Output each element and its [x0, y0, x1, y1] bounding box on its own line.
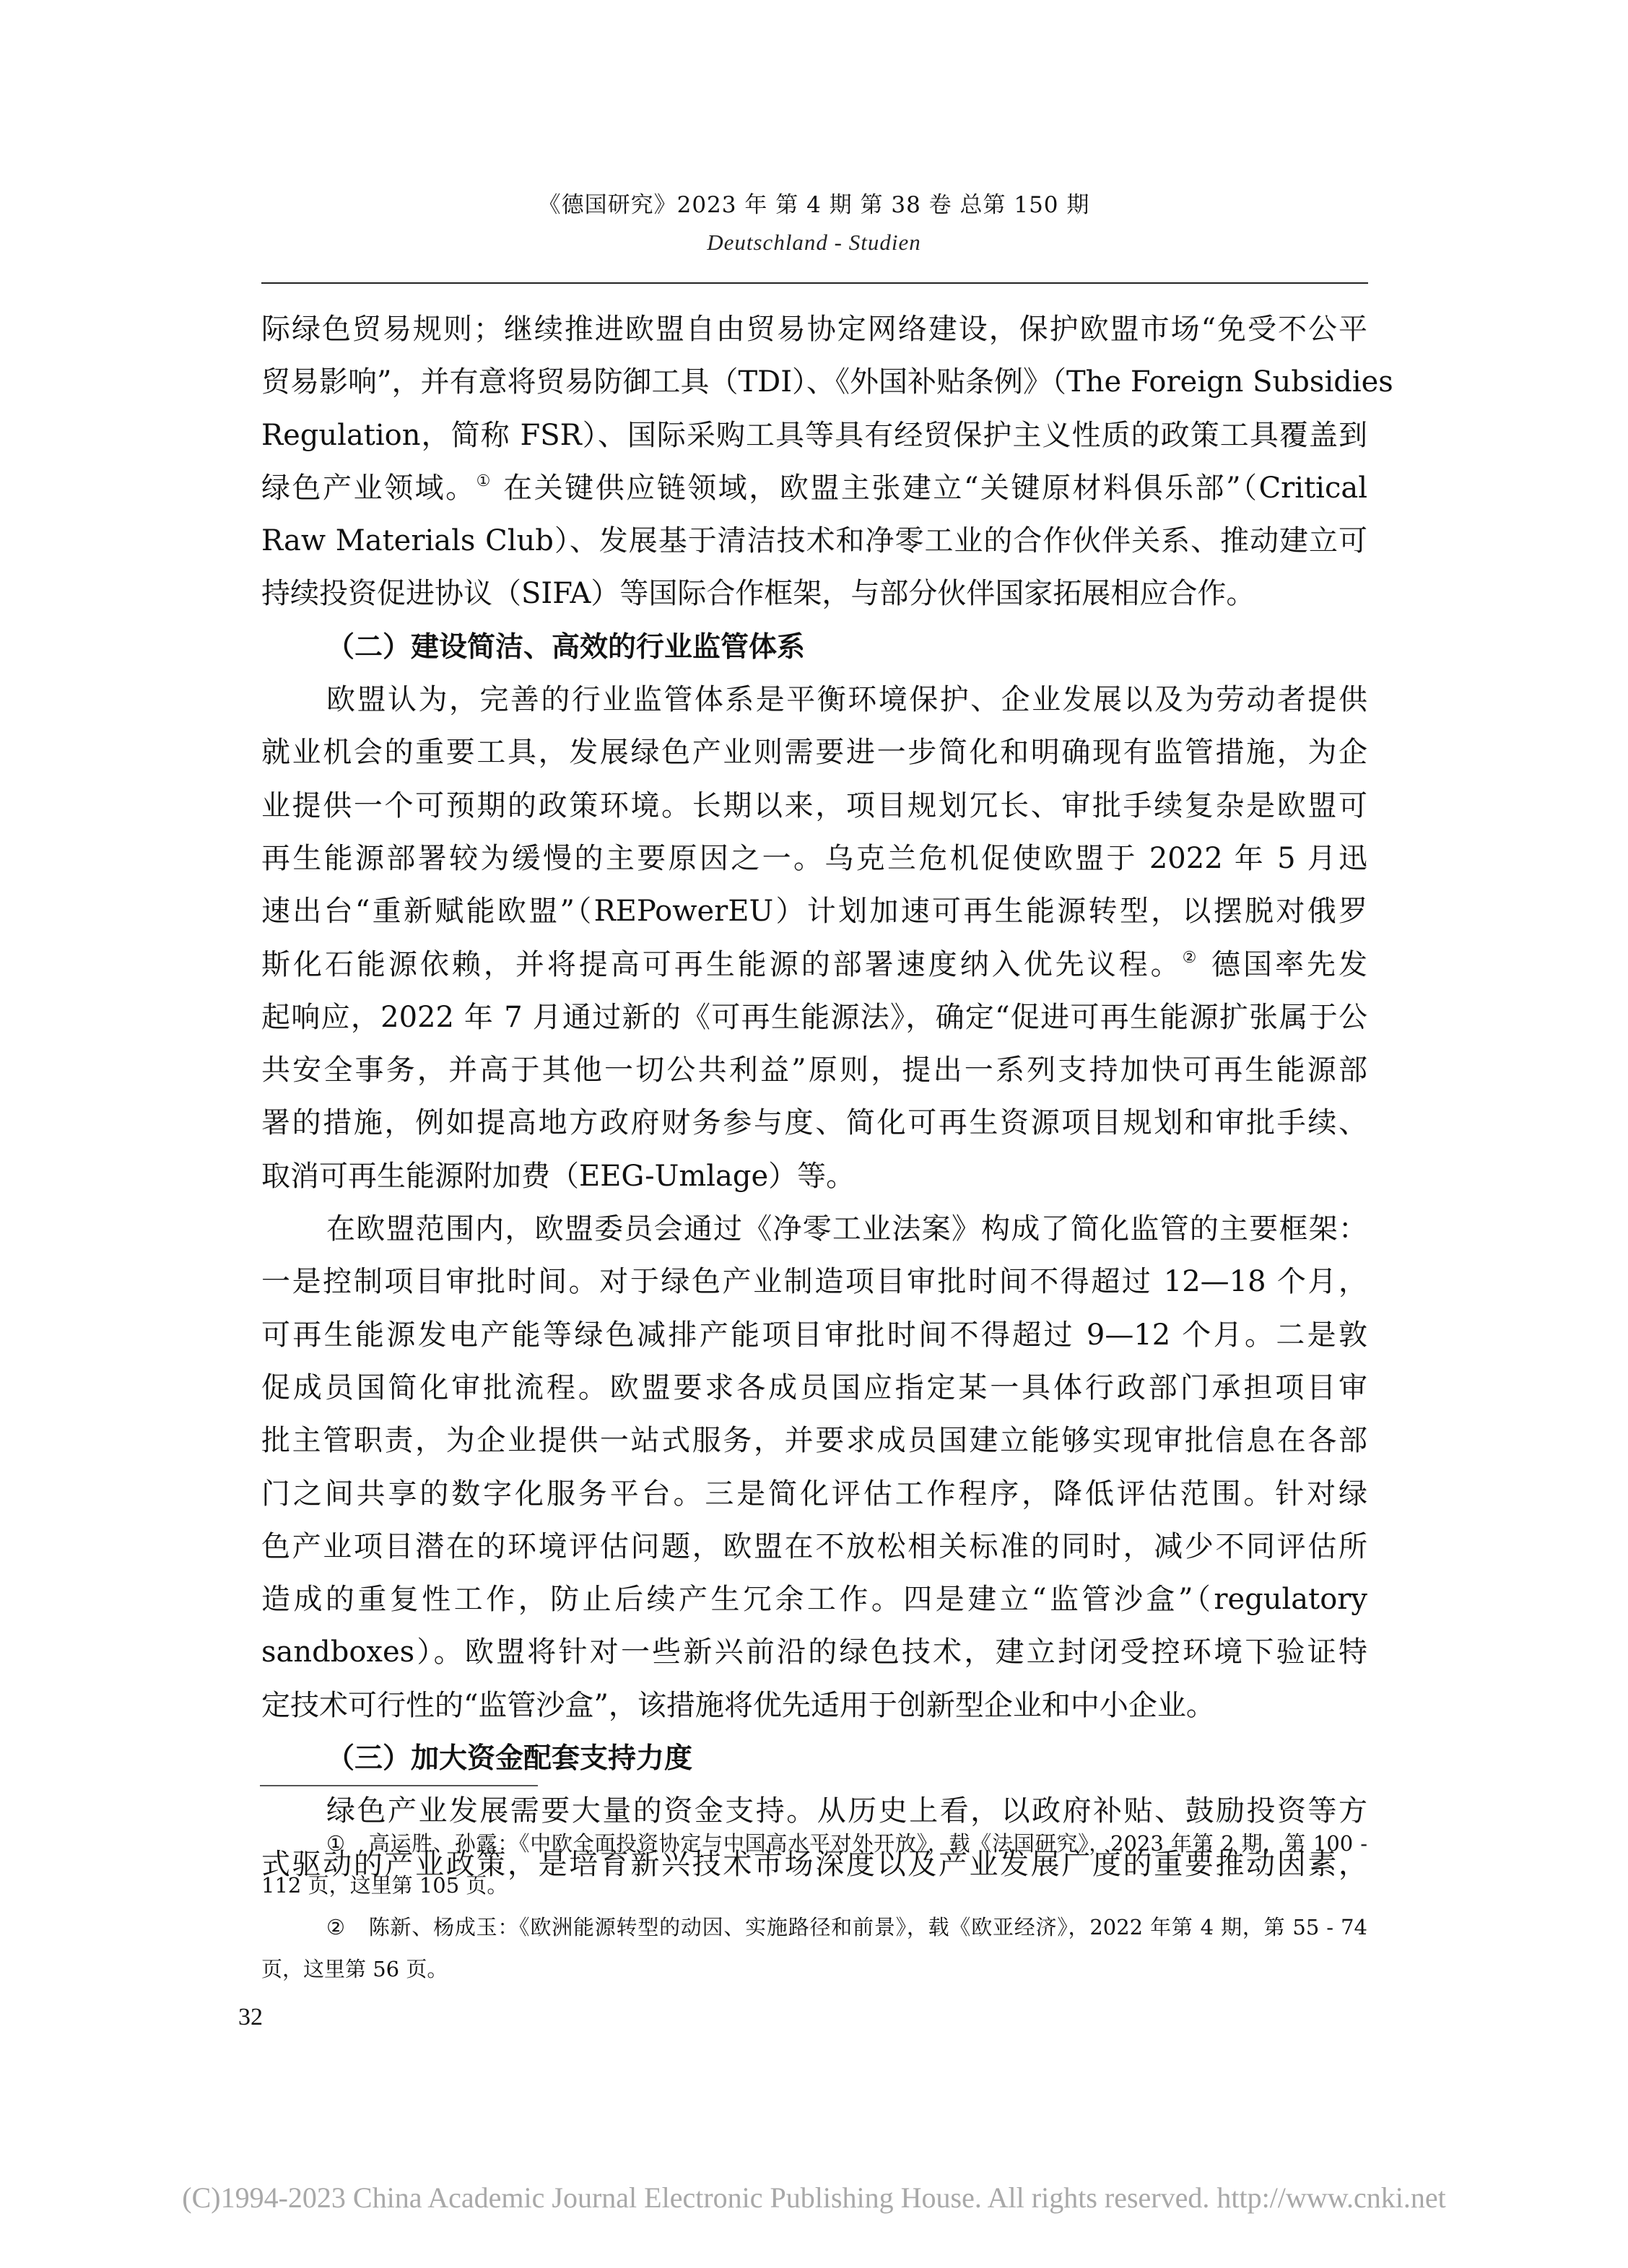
footnote-marker: ②	[326, 1906, 368, 1948]
footnote-text: 陈新、杨成玉：《欧洲能源转型的动因、实施路径和前景》，载《欧亚经济》，2022 …	[368, 1915, 1367, 1939]
body-line: 造成的重复性工作，防止后续产生冗余工作。四是建立“监管沙盒”（regulator…	[261, 1573, 1367, 1626]
body-line: 起响应，2022 年 7 月通过新的《可再生能源法》，确定“促进可再生能源扩张属…	[261, 991, 1367, 1044]
body-line: 一是控制项目审批时间。对于绿色产业制造项目审批时间不得超过 12—18 个月，	[261, 1256, 1367, 1308]
body-line: 就业机会的重要工具，发展绿色产业则需要进一步简化和明确现有监管措施，为企	[261, 726, 1367, 779]
section-heading-3: （三）加大资金配套支持力度	[261, 1732, 1367, 1785]
running-header-subtitle: Deutschland - Studien	[0, 230, 1628, 256]
body-line: 际绿色贸易规则；继续推进欧盟自由贸易协定网络建设，保护欧盟市场“免受不公平	[261, 303, 1367, 356]
body-line: 斯化石能源依赖，并将提高可再生能源的部署速度纳入优先议程。② 德国率先发	[261, 939, 1367, 991]
body-line: 取消可再生能源附加费（EEG-Umlage）等。	[261, 1150, 1367, 1203]
header-divider	[261, 282, 1368, 284]
copyright-notice: (C)1994-2023 China Academic Journal Elec…	[0, 2181, 1628, 2215]
footnote-marker: ①	[326, 1822, 368, 1864]
running-header-journal: 《德国研究》2023 年 第 4 期 第 38 卷 总第 150 期	[0, 186, 1628, 219]
body-line: 欧盟认为，完善的行业监管体系是平衡环境保护、企业发展以及为劳动者提供	[261, 674, 1367, 726]
body-line: 持续投资促进协议（SIFA）等国际合作框架，与部分伙伴国家拓展相应合作。	[261, 568, 1367, 620]
footnote-ref-1[interactable]: ①	[476, 472, 492, 490]
footnote-1-cont: 112 页，这里第 105 页。	[261, 1864, 1367, 1906]
body-line: Regulation，简称 FSR）、国际采购工具等具有经贸保护主义性质的政策工…	[261, 409, 1367, 462]
body-line-text: 德国率先发	[1199, 948, 1367, 981]
body-line: 绿色产业领域。① 在关键供应链领域，欧盟主张建立“关键原材料俱乐部”（Criti…	[261, 462, 1367, 515]
body-line: 可再生能源发电产能等绿色减排产能项目审批时间不得超过 9—12 个月。二是敦	[261, 1309, 1367, 1362]
body-line-text: 绿色产业领域。	[261, 472, 476, 505]
footnote-text: 高运胜、孙露：《中欧全面投资协定与中国高水平对外开放》，载《法国研究》，2023…	[368, 1831, 1367, 1856]
body-line: 速出台“重新赋能欧盟”（REPowerEU）计划加速可再生能源转型，以摆脱对俄罗	[261, 885, 1367, 938]
body-line: 促成员国简化审批流程。欧盟要求各成员国应指定某一具体行政部门承担项目审	[261, 1362, 1367, 1415]
body-line: 署的措施，例如提高地方政府财务参与度、简化可再生资源项目规划和审批手续、	[261, 1097, 1367, 1150]
footnote-2: ②陈新、杨成玉：《欧洲能源转型的动因、实施路径和前景》，载《欧亚经济》，2022…	[261, 1906, 1367, 1948]
page-number: 32	[238, 2004, 263, 2031]
footnote-ref-2[interactable]: ②	[1183, 949, 1200, 967]
section-heading-2: （二）建设简洁、高效的行业监管体系	[261, 621, 1367, 674]
footnotes: ①高运胜、孙露：《中欧全面投资协定与中国高水平对外开放》，载《法国研究》，202…	[261, 1822, 1367, 1990]
footnote-divider	[260, 1785, 538, 1786]
body-line: 再生能源部署较为缓慢的主要原因之一。乌克兰危机促使欧盟于 2022 年 5 月迅	[261, 833, 1367, 885]
body-line: 定技术可行性的“监管沙盒”，该措施将优先适用于创新型企业和中小企业。	[261, 1680, 1367, 1732]
body-line: 贸易影响”，并有意将贸易防御工具（TDI）、《外国补贴条例》（The Forei…	[261, 356, 1367, 409]
body-line: 在欧盟范围内，欧盟委员会通过《净零工业法案》构成了简化监管的主要框架：	[261, 1203, 1367, 1256]
body-line: 门之间共享的数字化服务平台。三是简化评估工作程序，降低评估范围。针对绿	[261, 1468, 1367, 1521]
body-line: sandboxes）。欧盟将针对一些新兴前沿的绿色技术，建立封闭受控环境下验证特	[261, 1626, 1367, 1679]
body-line: 共安全事务，并高于其他一切公共利益”原则，提出一系列支持加快可再生能源部	[261, 1044, 1367, 1097]
footnote-2-cont: 页，这里第 56 页。	[261, 1948, 1367, 1990]
body-line: 批主管职责，为企业提供一站式服务，并要求成员国建立能够实现审批信息在各部	[261, 1415, 1367, 1467]
body-line: 业提供一个可预期的政策环境。长期以来，项目规划冗长、审批手续复杂是欧盟可	[261, 780, 1367, 833]
body-line-text: 斯化石能源依赖，并将提高可再生能源的部署速度纳入优先议程。	[261, 948, 1183, 981]
footnote-1: ①高运胜、孙露：《中欧全面投资协定与中国高水平对外开放》，载《法国研究》，202…	[261, 1822, 1367, 1864]
body-text: 际绿色贸易规则；继续推进欧盟自由贸易协定网络建设，保护欧盟市场“免受不公平 贸易…	[261, 303, 1367, 1891]
body-line-text: 在关键供应链领域，欧盟主张建立“关键原材料俱乐部”（Critical	[492, 472, 1367, 505]
body-line: Raw Materials Club）、发展基于清洁技术和净零工业的合作伙伴关系…	[261, 515, 1367, 568]
body-line: 色产业项目潜在的环境评估问题，欧盟在不放松相关标准的同时，减少不同评估所	[261, 1521, 1367, 1573]
